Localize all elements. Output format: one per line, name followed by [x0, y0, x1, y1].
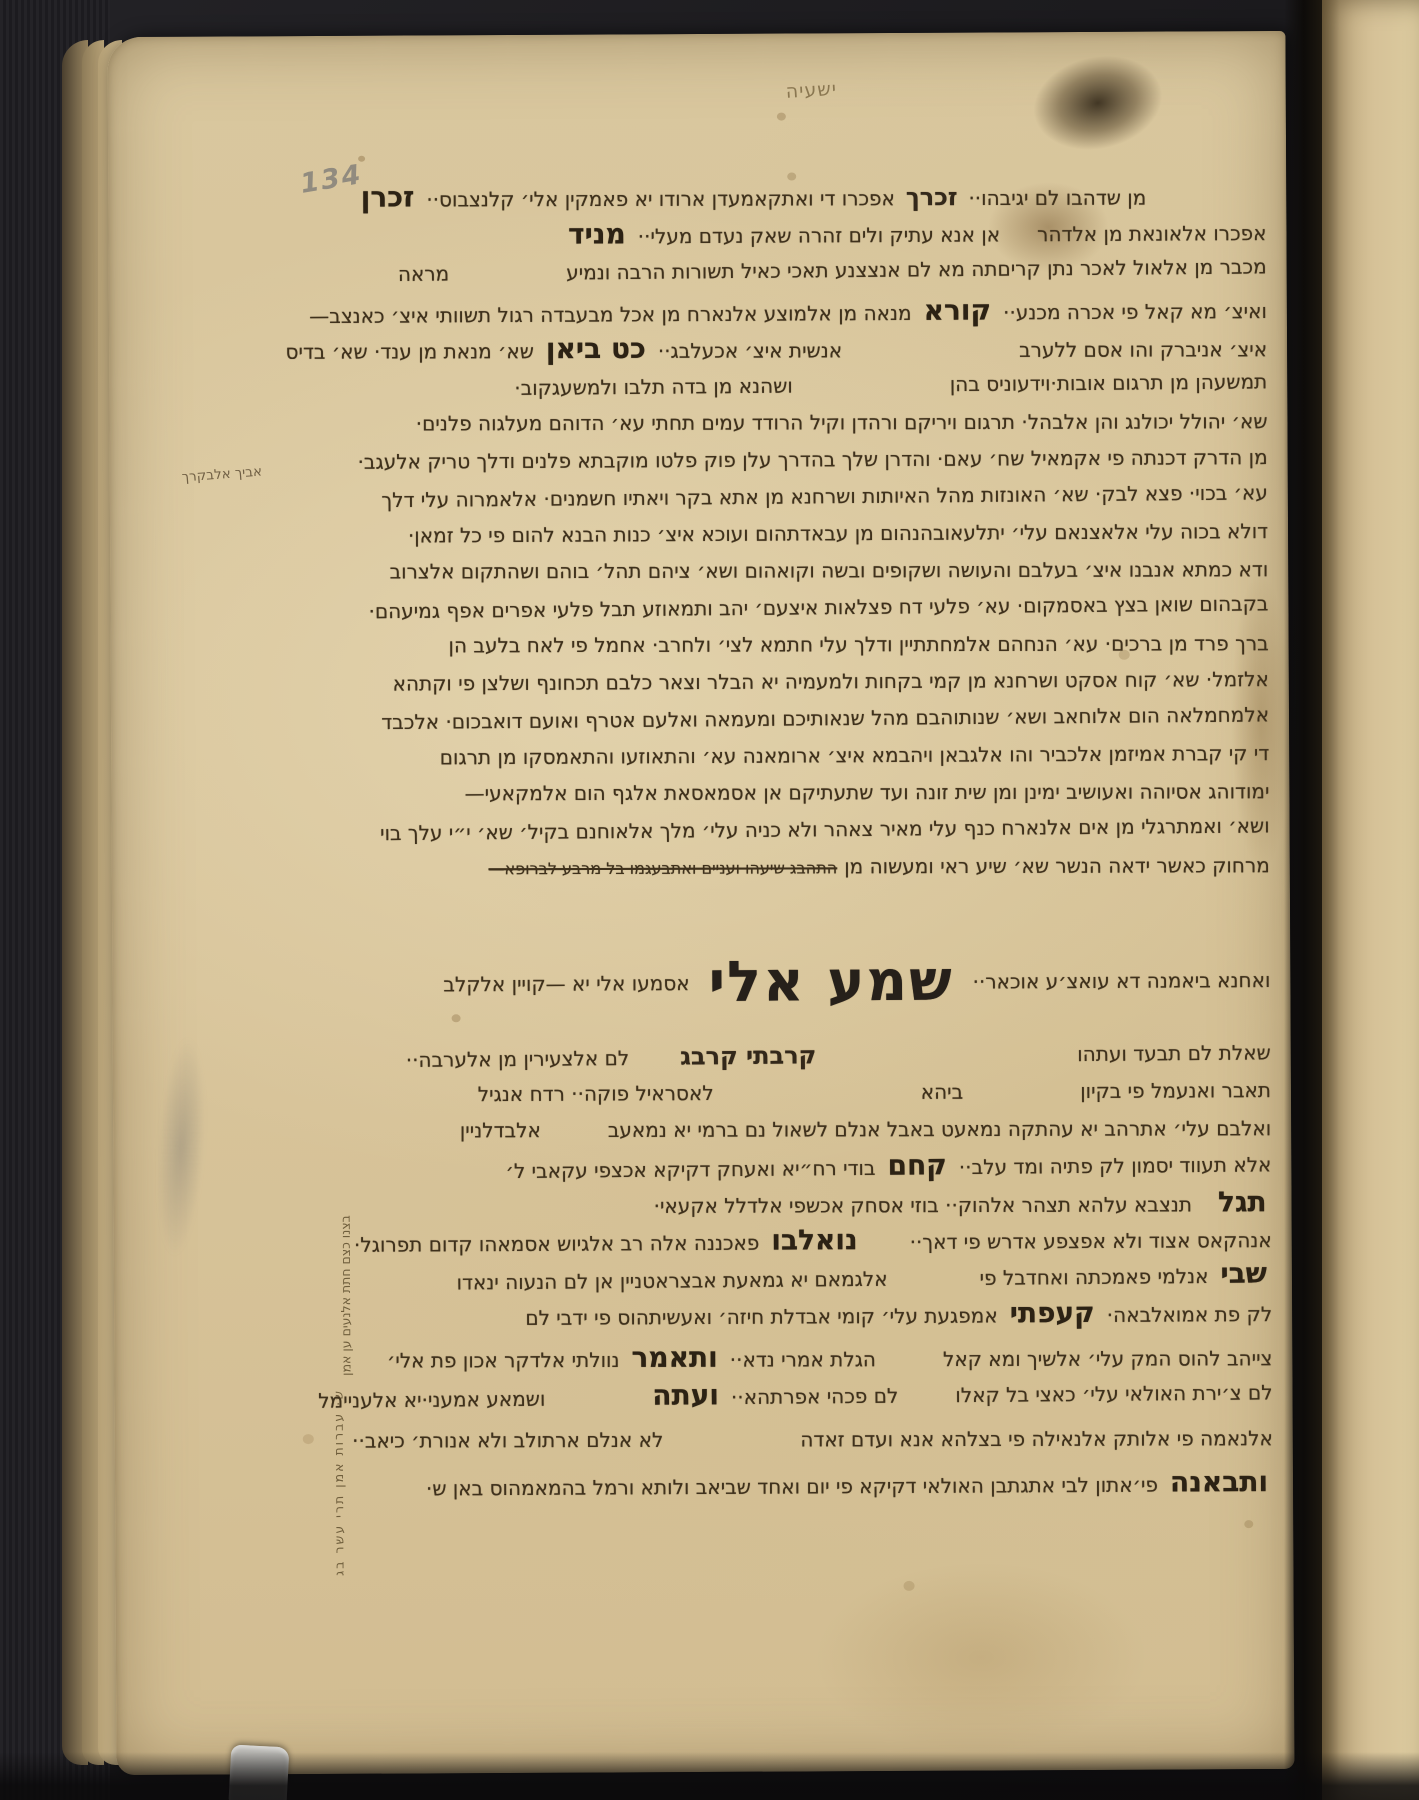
manuscript-line: אלא תעווד יסמון לק פתיה ומד עלב··קחםבודי…: [346, 1145, 1271, 1190]
manuscript-line: עא׳ בכוי· פצא לבק· שא׳ האונזות מהל האיות…: [343, 475, 1268, 520]
facing-page-line: אבל מע זרג: [1322, 1051, 1419, 1096]
manuscript-word-segment: אלמחמלאה הום אלוחאב ושא׳ שנותוהבם מהל שנ…: [381, 697, 1269, 739]
facing-page-line: יקי לנא מה: [1322, 973, 1419, 1018]
manuscript-line: שביאנלמי פאמכתה ואחדבל פיאלגמאם יא גמאעת…: [347, 1256, 1272, 1301]
manuscript-word-segment: לק פת אמואלבאה·: [1107, 1297, 1273, 1332]
facing-page-edge: אלצ ולבם עדיךבהעם נג יצרצבה מזג אנךעלי א…: [1322, 0, 1419, 1800]
line-gap: [888, 1284, 973, 1286]
manuscript-word-segment: אלבדלניין: [460, 1113, 541, 1147]
manuscript-word-segment: פאכננה אלה רב אלגיוש אסמאהו קדום תפרוגל·: [354, 1226, 760, 1262]
line-gap: [793, 390, 943, 392]
facing-page-line: הג לזם נבג: [1326, 739, 1419, 784]
line-gap: [1000, 240, 1030, 241]
manuscript-word-segment: שמע אלי: [697, 965, 966, 1000]
manuscript-word-segment: נוולתי אלדקר אכון פת אלי׳: [387, 1343, 620, 1378]
margin-note: אביך אלבקרך: [181, 464, 262, 486]
manuscript-line: תמשעהן מן תרגום אובות·וידעוניס בהןושהנא …: [342, 364, 1267, 409]
facing-page-line: אפמא אי מג: [1324, 817, 1419, 862]
manuscript-word-segment: שא׳ מנאת מן ענד· שא׳ בדיס: [285, 334, 533, 369]
manuscript-page: ישעיה 134 אביך אלבקרך בצנו כצם חתת אלנעי…: [107, 31, 1294, 1775]
facing-page-line: ום נצב עלג: [1325, 778, 1419, 823]
line-gap: [820, 1060, 1070, 1063]
line-gap: [842, 356, 1012, 357]
manuscript-line: שא׳ יהולל יכולנג והן אלבהל· תרגום ויריקם…: [342, 404, 1267, 443]
manuscript-line: ואיצ׳ מא קאל פי אכרה מכנע··קוראמנאה מן א…: [342, 292, 1267, 334]
running-title: ישעיה: [785, 78, 837, 103]
manuscript-word-segment: לא אנלם ארתולב ולא אנורת׳ כיאב··: [352, 1423, 663, 1458]
facing-page-line: לנא יבג שלם: [1329, 622, 1419, 667]
manuscript-word-segment: לאסראיל פוקה·· רדח אנגיל: [478, 1076, 714, 1111]
manuscript-word-segment: ברך פרד מן ברכים· עא׳ הנחהם אלמחתתיין וד…: [448, 626, 1268, 662]
manuscript-line: מרחוק כאשר ידאה הנשר שא׳ שיע ראי ומעשוה …: [345, 848, 1270, 887]
ink-stain: [1025, 44, 1172, 162]
manuscript-line: תגלתנצבא עלהא תצהר אלהוק·· בוזי אסחק אכש…: [347, 1185, 1272, 1224]
manuscript-line: מן שדהבו לם יגיבהו··זכרךאפכרו די ואתקאמע…: [341, 178, 1266, 217]
line-gap: [545, 1404, 640, 1406]
manuscript-word-segment: ושהנא מן בדה תלבו ולמשעגקוב·: [514, 369, 793, 405]
line-gap: [876, 1365, 936, 1366]
manuscript-word-segment: קרבתי קרבג: [676, 1038, 820, 1073]
manuscript-word-segment: ואלבם עלי׳ אתרהב יא עהתקה נמאעט באבל אנל…: [608, 1111, 1271, 1147]
manuscript-word-segment: ודא כמתא אנבנו איצ׳ בעלבם והעושה ושקופים…: [390, 552, 1269, 588]
manuscript-word-segment: אלגמאם יא גמאעת אבצראטניין אן לם הנעוה י…: [456, 1262, 887, 1300]
manuscript-line: אלמחמלאה הום אלוחאב ושא׳ שנותוהבם מהל שנ…: [344, 697, 1269, 742]
manuscript-line: די קי קברת אמיזמן אלכביר והו אלגבאן ויהב…: [344, 736, 1269, 778]
manuscript-word-segment: נואלבו: [766, 1223, 862, 1258]
manuscript-line: לם צ׳ירת האולאי עלי׳ כאצי בל קאלולם פכהי…: [347, 1373, 1272, 1418]
manuscript-word-segment: שא׳ יהולל יכולנג והן אלבהל· תרגום ויריקם…: [416, 404, 1268, 440]
manuscript-word-segment: הגלת אמרי נדא··: [730, 1342, 876, 1376]
manuscript-word-segment: עא׳ בכוי· פצא לבק· שא׳ האונזות מהל האיות…: [381, 475, 1268, 517]
manuscript-line: שאלת לם תבעד ועתהוקרבתי קרבגלם אלצעירין …: [346, 1034, 1271, 1079]
facing-page-line: נקי לם בהג: [1328, 661, 1419, 706]
manuscript-line: ושא׳ ואמתרגלי מן אים אלנארח כנף עלי מאיר…: [344, 808, 1269, 853]
manuscript-line: ואחנא ביאמנה דא עואצ׳ע אוכאר··שמע אליאסמ…: [345, 924, 1271, 1041]
line-gap: [663, 1445, 793, 1446]
facing-page-line: ·יגוב: [1322, 1246, 1419, 1291]
manuscript-word-segment: מראה: [398, 257, 450, 291]
manuscript-word-segment: מן שדהבו לם יגיבהו··: [968, 181, 1146, 215]
manuscript-word-segment: אלזמל· שא׳ קוח אסקט ושרחנא מן קמי בקחות …: [393, 662, 1269, 701]
facing-page-line: המ זנב אלי: [1322, 1090, 1419, 1135]
manuscript-word-segment: ותאמר: [626, 1341, 722, 1375]
manuscript-word-segment: אפכרו אלאונאת מן אלדהר: [1037, 216, 1267, 251]
manuscript-line: ודא כמתא אנבנו איצ׳ בעלבם והעושה ושקופים…: [343, 552, 1268, 591]
manuscript-line: איצ׳ אניברק והו אסם ללערבאנשית איצ׳ אכעל…: [342, 330, 1267, 369]
facing-page-line: זה אלעלום: [1322, 934, 1419, 979]
manuscript-line: בקבהום שואן בצץ באסמקום· עא׳ פלעי דח פצל…: [343, 586, 1268, 631]
manuscript-line: צייהב להוס המק עלי׳ אלשיך ומא קאלהגלת אמ…: [347, 1339, 1272, 1378]
text-block: מן שדהבו לם יגיבהו··זכרךאפכרו די ואתקאמע…: [341, 177, 1273, 1507]
line-gap: [541, 1136, 601, 1137]
manuscript-word-segment: תאבר ואנעמל פי בקיון: [1080, 1073, 1271, 1108]
manuscript-word-segment: תגל: [1213, 1185, 1272, 1219]
manuscript-line: אנהקאס אצוד ולא אפצפע אדרש פי דאך··נואלב…: [347, 1221, 1272, 1263]
facing-page-line: אפם יקנה בג: [1322, 1129, 1419, 1174]
manuscript-word-segment: מנאה מן אלמוצע אלנארח מן אכל מבעבדה רגול…: [309, 296, 912, 333]
manuscript-word-segment: זכרך: [902, 180, 962, 214]
manuscript-line: ברך פרד מן ברכים· עא׳ הנחהם אלמחתתיין וד…: [344, 626, 1269, 665]
line-gap: [963, 1097, 1073, 1099]
line-gap: [1146, 203, 1266, 204]
manuscript-line: אלנאמה פי אלותק אלנאילה פי בצלהא אנא ועד…: [348, 1421, 1273, 1460]
manuscript-word-segment: מכבר מן אלאול לאכר נתן קריםתה מא לם אנצצ…: [566, 249, 1267, 289]
manuscript-word-segment: קורא: [919, 293, 997, 327]
manuscript-word-segment: בודי רח״יא ואעחק דקיקא אכצפי עקאבי ל׳: [505, 1151, 875, 1188]
manuscript-word-segment: כט ביאן: [541, 332, 651, 366]
line-gap: [629, 1064, 669, 1065]
manuscript-word-segment: ימודוהג אסיוהה ואעושיב ימינן ומן שית זונ…: [465, 774, 1270, 810]
manuscript-line: אפכרו אלאונאת מן אלדהראן אנא עתיק ולים ז…: [341, 214, 1266, 256]
manuscript-word-segment: ושמאע אמעני·יא אלעניימל: [318, 1382, 545, 1418]
facing-page-line: הם ידי נלב: [1323, 856, 1419, 901]
manuscript-word-segment: קעפתי: [1005, 1296, 1100, 1330]
manuscript-word-segment: איצ׳ אניברק והו אסם ללערב: [1019, 332, 1267, 367]
manuscript-word-segment: דולא בכוה עלי אלאצנאם עלי׳ יתלעאובהנהום …: [408, 514, 1268, 553]
manuscript-word-segment: מן הדרק דכנתה פי אקמאיל שח׳ עאם· והדרן ש…: [357, 440, 1267, 479]
manuscript-word-segment: בקבהום שואן בצץ באסמקום· עא׳ פלעי דח פצל…: [368, 586, 1268, 628]
facing-page-text: אלצ ולבם עדיךבהעם נג יצרצבה מזג אנךעלי א…: [1322, 115, 1419, 1291]
manuscript-line: דולא בכוה עלי אלאצנאם עלי׳ יתלעאובהנהום …: [343, 514, 1268, 556]
manuscript-word-segment: ותבאנה: [1165, 1465, 1273, 1500]
manuscript-word-segment: די קי קברת אמיזמן אלכביר והו אלגבאן ויהב…: [440, 736, 1270, 774]
manuscript-word-segment: מרחוק כאשר ידאה הנשר שא׳ שיע ראי ומעשוה …: [844, 848, 1270, 883]
manuscript-line: ימודוהג אסיוהה ואעושיב ימינן ומן שית זונ…: [344, 774, 1269, 813]
manuscript-word-segment: לם צ׳ירת האולאי עלי׳ כאצי בל קאלו: [955, 1375, 1273, 1412]
manuscript-word-segment: צייהב להוס המק עלי׳ אלשיך ומא קאל: [943, 1341, 1272, 1376]
manuscript-word-segment: ועתה: [647, 1378, 724, 1413]
manuscript-line: ואלבם עלי׳ אתרהב יא עהתקה נמאעט באבל אנל…: [346, 1111, 1271, 1150]
manuscript-word-segment: ושא׳ ואמתרגלי מן אים אלנארח כנף עלי מאיר…: [380, 808, 1270, 850]
line-gap: [449, 279, 559, 281]
manuscript-word-segment: אסמעו אלי יא —קויין אלקלב: [443, 966, 689, 1001]
manuscript-word-segment: אנהקאס אצוד ולא אפצפע אדרש פי דאך··: [910, 1223, 1272, 1259]
manuscript-word-segment: ביהא: [921, 1075, 964, 1109]
line-gap: [1192, 1210, 1206, 1211]
manuscript-line: ותבאנהפי׳אתון לבי אתגתבן האולאי דקיקא פי…: [348, 1465, 1273, 1507]
manuscript-word-segment: אלנאמה פי אלותק אלנאילה פי בצלהא אנא ועד…: [800, 1421, 1273, 1456]
manuscript-word-segment: אפכרו די ואתקאמעדן ארודו יא פאמקין אלי׳ …: [426, 181, 895, 216]
manuscript-word-segment: ואחנא ביאמנה דא עואצ׳ע אוכאר··: [972, 963, 1270, 999]
manuscript-word-segment: קחם: [882, 1148, 952, 1183]
facing-page-line: נות עלי דרג: [1322, 1012, 1419, 1057]
bottom-shadow: [0, 1752, 1419, 1800]
facing-page-line: ·· לישאהו: [1322, 1168, 1419, 1213]
manuscript-line: אלזמל· שא׳ קוח אסקט ושרחנא מן קמי בקחות …: [344, 662, 1269, 704]
line-gap: [714, 1098, 914, 1100]
damp-stain: [815, 1562, 1146, 1754]
manuscript-word-segment: שאלת לם תבעד ועתהו: [1077, 1035, 1271, 1071]
manuscript-word-segment: לם פכהי אפרתהא··: [731, 1379, 899, 1414]
manuscript-word-segment: אמפגעת עלי׳ קומי אבדלת חיזה׳ ואעשיתהוס פ…: [525, 1298, 998, 1334]
manuscript-line: לק פת אמואלבאה·קעפתיאמפגעת עלי׳ קומי אבד…: [347, 1295, 1272, 1337]
manuscript-word-segment: לם אלצעירין מן אלערבה··: [406, 1041, 630, 1077]
manuscript-word-segment: אנלמי פאמכתה ואחדבל פי: [979, 1259, 1208, 1295]
pencil-smudge: [151, 1035, 211, 1258]
manuscript-word-segment: מניד: [563, 217, 631, 251]
manuscript-word-segment: שבי: [1215, 1256, 1272, 1290]
manuscript-line: מכבר מן אלאול לאכר נתן קריםתה מא לם אנצצ…: [342, 249, 1267, 294]
facing-page-line: ידעי אלגב: [1322, 1207, 1419, 1252]
manuscript-word-segment: התהבג שיעהו ועניים ואתבעגמו בל מרבע לברו…: [488, 851, 837, 886]
manuscript-line: מן הדרק דכנתה פי אקמאיל שח׳ עאם· והדרן ש…: [343, 440, 1268, 482]
facing-page-line: שהי זכות ולם: [1330, 583, 1419, 628]
manuscript-word-segment: ואיצ׳ מא קאל פי אכרה מכנע··: [1003, 294, 1267, 329]
manuscript-word-segment: אנשית איצ׳ אכעלבג··: [658, 333, 842, 367]
manuscript-word-segment: אן אנא עתיק ולים זהרה שאק נעדם מעלי··: [638, 217, 1001, 253]
manuscript-word-segment: תנצבא עלהא תצהר אלהוק·· בוזי אסחק אכשפי …: [654, 1187, 1193, 1222]
line-gap: [863, 1248, 903, 1249]
line-gap: [898, 1401, 948, 1402]
manuscript-word-segment: תמשעהן מן תרגום אובות·וידעוניס בהן: [950, 364, 1268, 401]
facing-page-line: אסמעיל נב: [1322, 895, 1419, 940]
manuscript-photo: ישעיה 134 אביך אלבקרך בצנו כצם חתת אלנעי…: [0, 0, 1419, 1800]
manuscript-word-segment: אלא תעווד יסמון לק פתיה ומד עלב··: [959, 1147, 1272, 1184]
manuscript-word-segment: פי׳אתון לבי אתגתבן האולאי דקיקא פי יום ו…: [426, 1468, 1158, 1506]
manuscript-line: תאבר ואנעמל פי בקיוןביהאלאסראיל פוקה·· ר…: [346, 1073, 1271, 1115]
facing-page-line: ותן נהג לזם: [1327, 700, 1419, 745]
manuscript-word-segment: זכרן: [356, 180, 420, 214]
